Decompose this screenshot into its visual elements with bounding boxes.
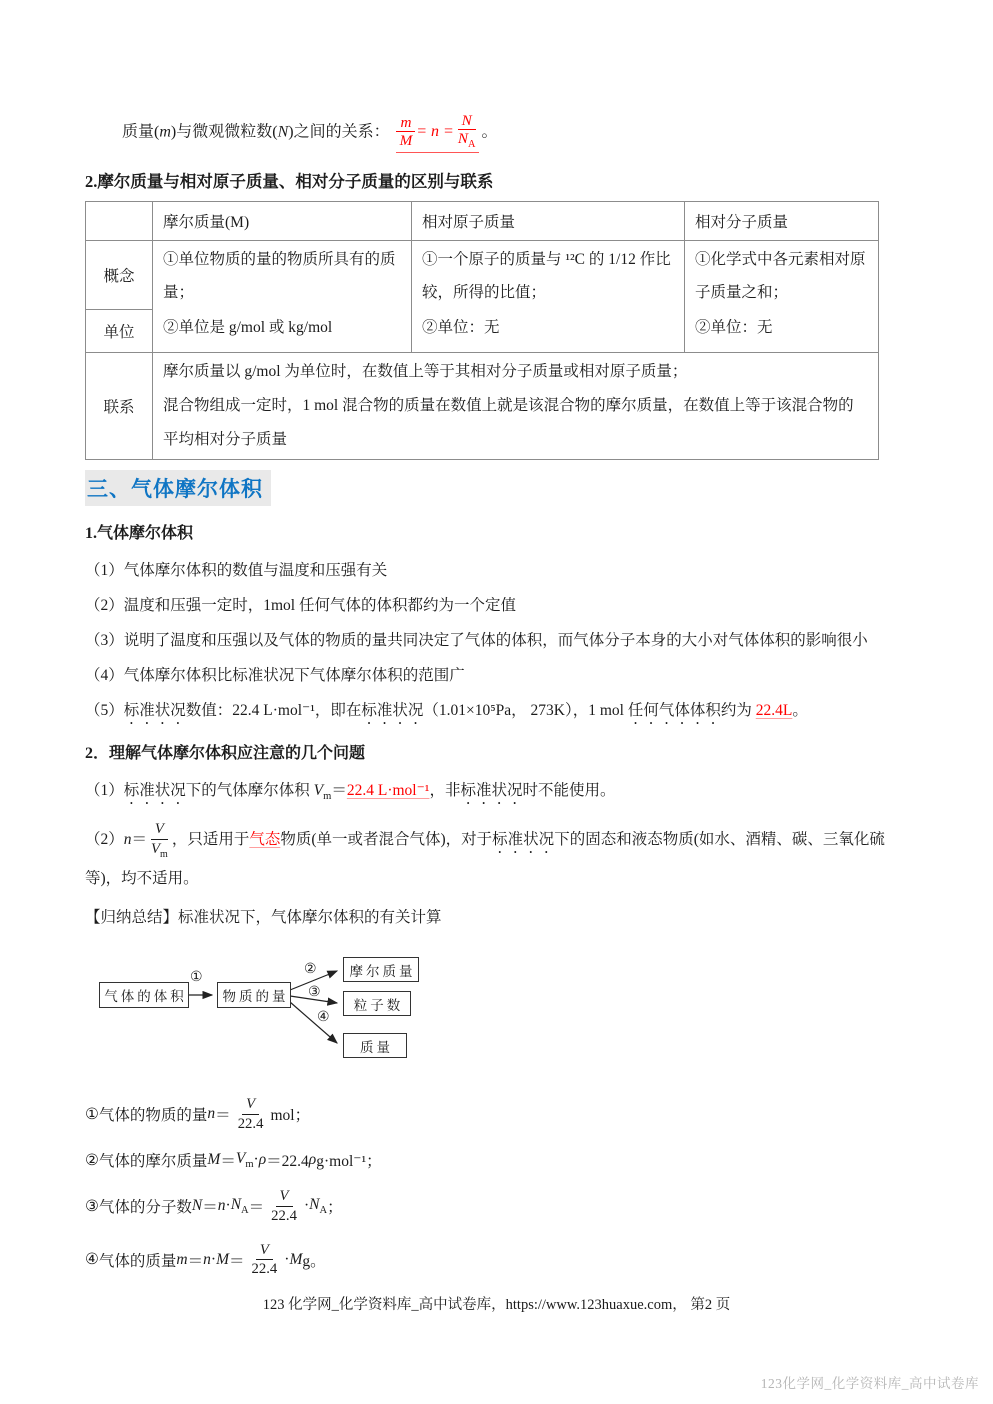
fraction-V-over-Vm: VVm	[147, 820, 172, 861]
note-item-1: （1）标准状况下的气体摩尔体积 Vm＝22.4 L·mol⁻¹，非标准状况时不能…	[85, 773, 908, 814]
formula-particle-count: ③气体的分子数 N＝n·NA＝V22.4·NA；	[85, 1187, 908, 1225]
emphasized-std-condition: 标准状况	[124, 782, 186, 799]
equals-value: ＝22.4	[266, 1149, 309, 1171]
var-rho: ρ	[309, 1151, 316, 1169]
cell-text: ②单位：无	[695, 311, 868, 344]
intro-text: )之间的关系：	[288, 123, 389, 140]
emphasized-std-condition: 标准状况	[124, 702, 186, 719]
section2-heading: 2.摩尔质量与相对原子质量、相对分子质量的区别与联系	[85, 168, 908, 192]
red-formula: mM = n = NNA	[396, 112, 480, 153]
list-item-5: （5）标准状况数值：22.4 L·mol⁻¹，即在标准状况（1.01×10⁵Pa…	[85, 693, 908, 728]
intro-text: 质量(	[122, 123, 159, 140]
fraction-V-over-22-4: V22.4	[234, 1095, 268, 1133]
header-relative-atomic-mass: 相对原子质量	[412, 202, 685, 241]
cell-relation: 摩尔质量以 g/mol 为单位时，在数值上等于其相对分子质量或相对原子质量； 混…	[153, 353, 879, 460]
var-M: M	[289, 1251, 302, 1269]
item5-text: （1.01×10⁵Pa， 273K），1 mol	[423, 702, 627, 719]
circled-3: ③	[85, 1197, 99, 1216]
equals-sign: ＝	[202, 1195, 218, 1217]
item5-text: 数值：22.4 L·mol⁻¹，即在	[186, 702, 362, 719]
intro-text: )与微观微粒数(	[171, 123, 278, 140]
summary-line: 【归纳总结】标准状况下，气体摩尔体积的有关计算	[85, 900, 908, 935]
arrow-label-4: ④	[317, 1009, 330, 1026]
var-n: n	[124, 831, 132, 848]
box-gas-volume: 气体的体积	[99, 982, 189, 1008]
list-item-3: （3）说明了温度和压强以及气体的物质的量共同决定了气体的体积，而气体分子本身的大…	[85, 623, 908, 658]
emphasized-std-condition: 标准状况	[361, 702, 423, 719]
equals-n-equals: = n =	[416, 114, 454, 149]
item5-text: 。	[792, 702, 808, 719]
var-M: M	[207, 1151, 220, 1169]
box-mass: 质量	[343, 1033, 407, 1058]
section3-heading-wrap: 三、气体摩尔体积	[85, 470, 908, 506]
header-relative-molecular-mass: 相对分子质量	[685, 202, 879, 241]
arrow-label-3: ③	[308, 984, 321, 1001]
formula-text: ；	[327, 1195, 343, 1217]
cell-text: ②单位是 g/mol 或 kg/mol	[163, 311, 401, 344]
var-Vm: Vm	[314, 782, 332, 799]
var-Vm: Vm	[236, 1150, 254, 1170]
var-n: n	[203, 1251, 211, 1269]
circled-4: ④	[85, 1250, 99, 1269]
page-footer: 123 化学网_化学资料库_高中试卷库，https://www.123huaxu…	[0, 1293, 993, 1314]
row-label-relation: 联系	[86, 353, 153, 460]
cell-text: 摩尔质量以 g/mol 为单位时，在数值上等于其相对分子质量或相对原子质量；	[163, 355, 868, 389]
equals-sign: ＝	[249, 1195, 265, 1217]
fraction-V-over-22-4: V22.4	[248, 1241, 282, 1279]
cell-atomic-mass: ①一个原子的质量与 ¹²C 的 1/12 作比较，所得的比值； ②单位：无	[412, 241, 685, 353]
formula-unit: mol；	[270, 1103, 310, 1125]
item5-text: 约为	[721, 702, 756, 719]
equals-sign: ＝	[188, 1249, 204, 1271]
var-N: N	[192, 1197, 202, 1215]
cell-text: ②单位：无	[422, 311, 674, 344]
cell-text: 混合物组成一定时，1 mol 混合物的质量在数值上就是该混合物的摩尔质量，在数值…	[163, 389, 868, 457]
circled-2: ②	[85, 1151, 99, 1170]
row-label-concept: 概念	[86, 241, 153, 310]
equals-sign: ＝	[132, 831, 148, 848]
formula-mass: ④气体的质量 m＝n·M＝V22.4·M g。	[85, 1241, 908, 1279]
calculation-flow-diagram: 气体的体积 物质的量 摩尔质量 粒子数 质量 ① ② ③ ④	[91, 951, 436, 1069]
fraction-m-over-M: mM	[396, 114, 417, 150]
circled-1: ①	[85, 1105, 99, 1124]
equals-sign: ＝	[331, 782, 347, 799]
emphasized-any-gas-volume: 任何气体体积	[628, 702, 721, 719]
formula-text: 气体的分子数	[99, 1195, 192, 1217]
note-item-2: （2）n＝VVm，只适用于气态物质(单一或者混合气体)，对于标准状况下的固态和液…	[85, 820, 908, 896]
cell-molecular-mass: ①化学式中各元素相对原子质量之和； ②单位：无	[685, 241, 879, 353]
formula-amount: ①气体的物质的量 n＝V22.4 mol；	[85, 1095, 908, 1133]
arrow-label-1: ①	[190, 969, 203, 986]
var-n: n	[218, 1197, 226, 1215]
highlight-gaseous: 气态	[249, 831, 280, 848]
emphasized-std-condition: 标准状况	[460, 782, 522, 799]
document-page: 质量(m)与微观微粒数(N)之间的关系： mM = n = NNA 。 2.摩尔…	[0, 112, 993, 1279]
var-n: n	[207, 1105, 215, 1123]
cell-text: ①一个原子的质量与 ¹²C 的 1/12 作比较，所得的比值；	[422, 243, 674, 309]
note2-text: （2）	[85, 831, 124, 848]
emphasized-std-condition: 标准状况	[492, 831, 554, 848]
row-label-unit: 单位	[86, 310, 153, 353]
note1-text: 下的气体摩尔体积	[186, 782, 314, 799]
item5-text: （5）	[85, 702, 124, 719]
section3-heading: 三、气体摩尔体积	[85, 470, 271, 506]
cell-molar-mass: ①单位物质的量的物质所具有的质量； ②单位是 g/mol 或 kg/mol	[153, 241, 412, 353]
formula-text: 气体的摩尔质量	[99, 1149, 208, 1171]
header-empty	[86, 202, 153, 241]
var-rho: ρ	[259, 1151, 266, 1169]
formula-text: 气体的物质的量	[99, 1103, 208, 1125]
equals-sign: ＝	[220, 1149, 236, 1171]
box-molar-mass: 摩尔质量	[343, 957, 419, 982]
highlight-molar-volume-value: 22.4 L·mol⁻¹	[347, 782, 430, 799]
cell-text: ①化学式中各元素相对原子质量之和；	[695, 243, 868, 309]
note2-text: ，只适用于	[172, 831, 250, 848]
cell-text: ①单位物质的量的物质所具有的质量；	[163, 243, 401, 309]
var-N: N	[278, 123, 289, 140]
var-m: m	[176, 1251, 187, 1269]
formula-text: 气体的质量	[99, 1249, 177, 1271]
highlight-22-4L: 22.4L	[756, 702, 793, 719]
var-M: M	[216, 1251, 229, 1269]
formula-unit: g·mol⁻¹；	[316, 1149, 381, 1171]
watermark: 123化学网_化学资料库_高中试卷库	[761, 1372, 979, 1392]
note1-text: （1）	[85, 782, 124, 799]
var-NA: NA	[231, 1196, 249, 1216]
var-NA: NA	[309, 1196, 327, 1216]
table-row-concept: 概念 ①单位物质的量的物质所具有的质量； ②单位是 g/mol 或 kg/mol…	[86, 241, 879, 310]
box-particle-count: 粒子数	[343, 991, 411, 1016]
formula-unit: g。	[302, 1249, 325, 1271]
list-item-1: （1）气体摩尔体积的数值与温度和压强有关	[85, 553, 908, 588]
list-item-2: （2）温度和压强一定时，1mol 任何气体的体积都约为一个定值	[85, 588, 908, 623]
equals-sign: ＝	[215, 1103, 231, 1125]
note2-text: 物质(单一或者混合气体)，对于	[280, 831, 492, 848]
mass-particle-relation-line: 质量(m)与微观微粒数(N)之间的关系： mM = n = NNA 。	[122, 112, 908, 153]
var-m: m	[159, 123, 171, 140]
formula-molar-mass: ②气体的摩尔质量 M＝Vm·ρ＝22.4ρ g·mol⁻¹；	[85, 1149, 908, 1171]
fraction-N-over-NA: NNA	[454, 112, 480, 151]
table-header-row: 摩尔质量(M) 相对原子质量 相对分子质量	[86, 202, 879, 241]
period: 。	[481, 123, 497, 140]
table-row-relation: 联系 摩尔质量以 g/mol 为单位时，在数值上等于其相对分子质量或相对原子质量…	[86, 353, 879, 460]
equals-sign: ＝	[229, 1249, 245, 1271]
note1-text: ，非	[429, 782, 460, 799]
arrow-label-2: ②	[304, 961, 317, 978]
list-item-4: （4）气体摩尔体积比标准状况下气体摩尔体积的范围广	[85, 658, 908, 693]
sub-heading-2: 2．理解气体摩尔体积应注意的几个问题	[85, 740, 908, 763]
note1-text: 时不能使用。	[522, 782, 615, 799]
comparison-table: 摩尔质量(M) 相对原子质量 相对分子质量 概念 ①单位物质的量的物质所具有的质…	[85, 201, 879, 460]
fraction-V-over-22-4: V22.4	[267, 1187, 301, 1225]
sub-heading-1: 1.气体摩尔体积	[85, 520, 908, 543]
box-amount-of-substance: 物质的量	[217, 982, 291, 1008]
header-molar-mass: 摩尔质量(M)	[153, 202, 412, 241]
